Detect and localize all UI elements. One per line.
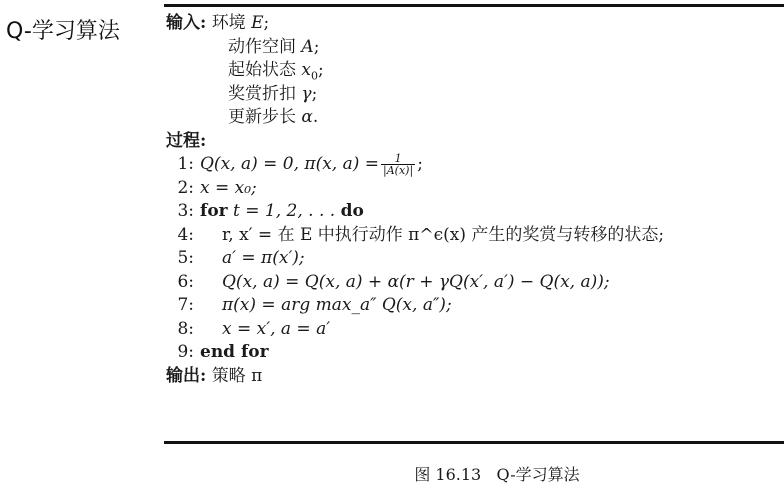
line-number: 6: xyxy=(166,271,200,295)
step-text: x = x′, a = a′ xyxy=(200,318,330,342)
step-text: Q(x, a) = 0, π(x, a) = xyxy=(200,153,379,177)
keyword-do: do xyxy=(341,201,364,221)
input-text: 奖赏折扣 xyxy=(228,84,296,104)
line-number: 5: xyxy=(166,247,200,271)
input-text: 动作空间 xyxy=(228,37,296,57)
line-number: 7: xyxy=(166,294,200,318)
step-text: x = x₀; xyxy=(200,177,257,201)
step-7: 7:π(x) = arg max_a″ Q(x, a″); xyxy=(166,294,784,318)
line-number: 9: xyxy=(166,341,200,365)
input-label: 输入: xyxy=(166,13,206,33)
step-text: π(x) = arg max_a″ Q(x, a″); xyxy=(200,294,452,318)
step-6: 6:Q(x, a) = Q(x, a) + α(r + γQ(x′, a′) −… xyxy=(166,271,784,295)
side-title: Q-学习算法 xyxy=(6,14,120,45)
step-9: 9:end for xyxy=(166,341,784,365)
output-label: 输出: xyxy=(166,366,206,386)
input-sub: 0 xyxy=(311,69,318,82)
input-text: 起始状态 xyxy=(228,60,296,80)
line-number: 1: xyxy=(166,153,200,177)
step-3: 3:for t = 1, 2, . . . do xyxy=(166,200,784,224)
input-math: E xyxy=(251,13,263,33)
fraction-denominator: |A(x)| xyxy=(381,165,415,176)
step-text: t = 1, 2, . . . xyxy=(228,201,341,221)
output-text: 策略 π xyxy=(212,366,263,386)
input-row-0: 输入: 环境 E; xyxy=(166,12,784,36)
input-suffix: . xyxy=(313,107,318,127)
input-suffix: ; xyxy=(314,37,320,57)
figure-label: 图 16.13 xyxy=(204,465,481,484)
input-math: x xyxy=(301,60,311,80)
step-8: 8:x = x′, a = a′ xyxy=(166,318,784,342)
input-row-1: 动作空间 A; xyxy=(166,36,784,60)
input-suffix: ; xyxy=(312,84,318,104)
step-suffix: ; xyxy=(417,154,423,174)
figure-caption: 图 16.13 Q-学习算法 xyxy=(0,462,784,485)
line-number: 2: xyxy=(166,177,200,201)
step-2: 2:x = x₀; xyxy=(166,177,784,201)
step-text: a′ = π(x′); xyxy=(200,247,305,271)
process-label: 过程: xyxy=(166,131,206,151)
step-5: 5:a′ = π(x′); xyxy=(166,247,784,271)
output-row: 输出: 策略 π xyxy=(166,365,784,389)
input-suffix: ; xyxy=(318,60,324,80)
step-text: r, x′ = 在 E 中执行动作 π^ϵ(x) 产生的奖赏与转移的状态; xyxy=(200,224,664,248)
step-text: Q(x, a) = Q(x, a) + α(r + γQ(x′, a′) − Q… xyxy=(200,271,610,295)
input-row-4: 更新步长 α. xyxy=(166,106,784,130)
line-number: 4: xyxy=(166,224,200,248)
input-math: γ xyxy=(301,84,311,104)
keyword-end-for: end for xyxy=(200,342,269,362)
algorithm-box: 输入: 环境 E; 动作空间 A; 起始状态 x0; 奖赏折扣 γ; 更新步长 … xyxy=(166,12,784,388)
keyword-for: for xyxy=(200,201,228,221)
input-text: 环境 xyxy=(212,13,246,33)
input-math: A xyxy=(301,37,313,57)
top-rule xyxy=(164,4,784,7)
step-1: 1:Q(x, a) = 0, π(x, a) = 1|A(x)|; xyxy=(166,153,784,177)
line-number: 3: xyxy=(166,200,200,224)
step-4: 4:r, x′ = 在 E 中执行动作 π^ϵ(x) 产生的奖赏与转移的状态; xyxy=(166,224,784,248)
input-row-2: 起始状态 x0; xyxy=(166,59,784,83)
figure-title: Q-学习算法 xyxy=(497,465,580,484)
input-text: 更新步长 xyxy=(228,107,296,127)
fraction: 1|A(x)| xyxy=(381,153,415,176)
process-row: 过程: xyxy=(166,130,784,154)
input-row-3: 奖赏折扣 γ; xyxy=(166,83,784,107)
input-suffix: ; xyxy=(264,13,270,33)
input-math: α xyxy=(301,107,312,127)
line-number: 8: xyxy=(166,318,200,342)
bottom-rule xyxy=(164,441,784,444)
